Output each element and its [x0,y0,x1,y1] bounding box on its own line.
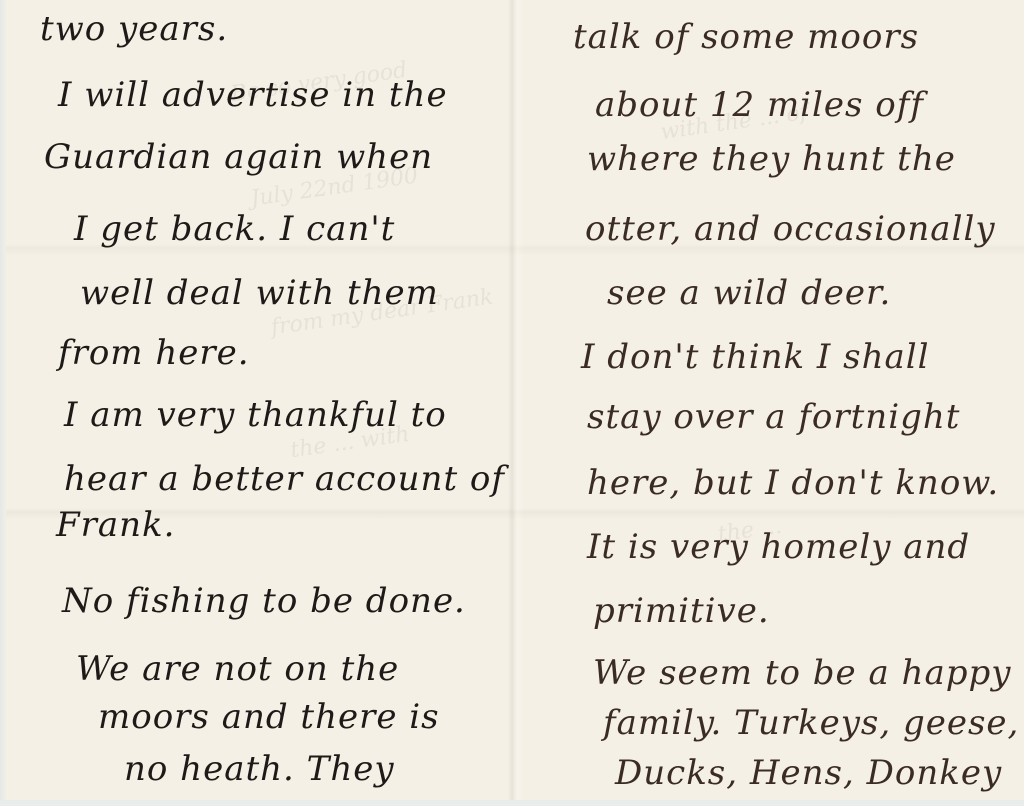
letter-line: otter, and occasionally [585,212,996,246]
letter-line: about 12 miles off [595,88,924,122]
letter-line: It is very homely and [587,530,970,564]
letter-line: I will advertise in the [58,78,448,112]
letter-line: Frank. [56,508,175,542]
letter-line: well deal with them [80,276,439,310]
letter-line: see a wild deer. [607,276,891,310]
letter-line: No fishing to be done. [62,584,466,618]
letter-line: I am very thankful to [64,398,447,432]
letter-line: family. Turkeys, geese, [603,706,1019,740]
letter-line: We seem to be a happy [593,656,1011,690]
letter-line: no heath. They [124,752,395,786]
letter-line: hear a better account of [64,462,505,496]
letter-line: primitive. [593,594,770,628]
letter-line: I get back. I can't [74,212,395,246]
right-page: talk of some moors about 12 miles off wh… [515,0,1024,800]
letter-line: where they hunt the [587,142,956,176]
letter-line: two years. [40,12,228,46]
letter-line: here, but I don't know. [587,466,999,500]
letter-line: I don't think I shall [581,340,930,374]
letter-line: We are not on the [76,652,399,686]
letter-line: stay over a fortnight [587,400,960,434]
paper-bottom-edge [0,800,1024,806]
letter-line: talk of some moors [573,20,919,54]
letter-sheet: Be so very good July 22nd 1900 from my d… [0,0,1024,800]
left-page: two years. I will advertise in the Guard… [0,0,512,800]
letter-line: from here. [58,336,250,370]
letter-line: Ducks, Hens, Donkey [615,756,1002,790]
letter-line: Guardian again when [44,140,433,174]
letter-line: moors and there is [98,700,440,734]
